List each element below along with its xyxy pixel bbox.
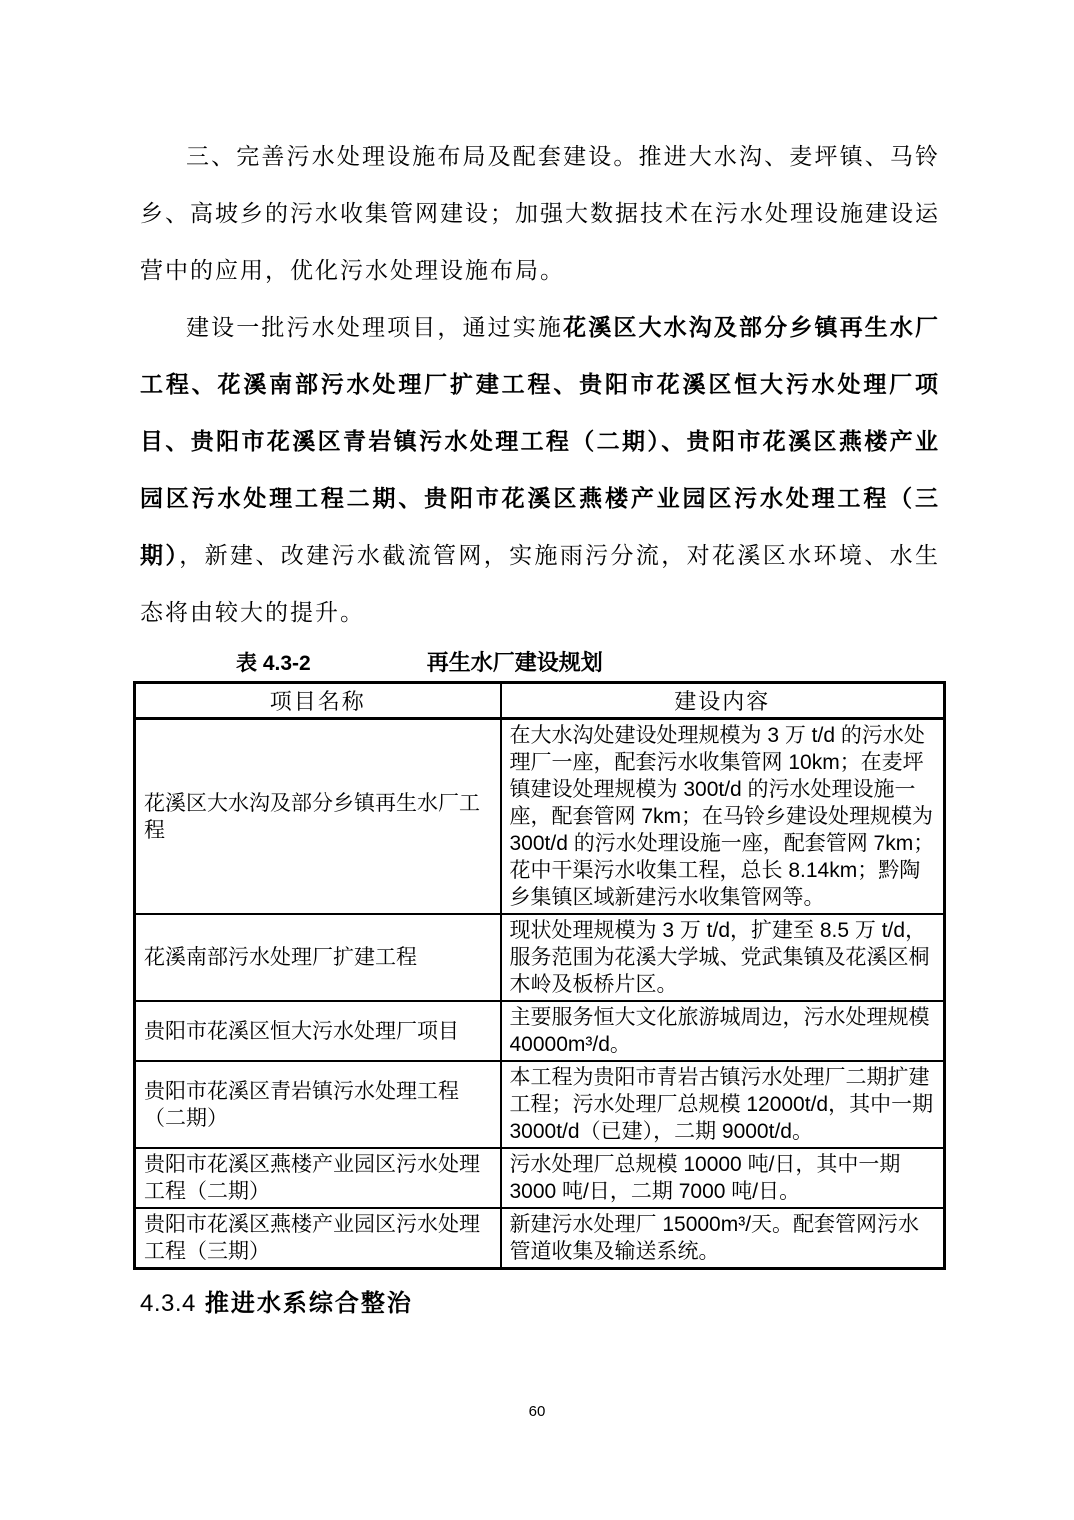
project-name-cell: 花溪区大水沟及部分乡镇再生水厂工程	[135, 719, 501, 915]
project-name-cell: 贵阳市花溪区燕楼产业园区污水处理工程（三期）	[135, 1208, 501, 1269]
table-caption-label: 表 4.3-2	[236, 652, 311, 675]
table-row-qingyan-phase2: 贵阳市花溪区青岩镇污水处理工程（二期） 本工程为贵阳市青岩古镇污水处理厂二期扩建…	[135, 1061, 945, 1148]
paragraph-2-lead: 建设一批污水处理项目，通过实施	[186, 315, 563, 340]
project-name-cell: 贵阳市花溪区燕楼产业园区污水处理工程（二期）	[135, 1148, 501, 1208]
table-row-yanlou-phase3: 贵阳市花溪区燕楼产业园区污水处理工程（三期） 新建污水处理厂 15000m³/天…	[135, 1208, 945, 1269]
project-name-cell: 贵阳市花溪区青岩镇污水处理工程（二期）	[135, 1061, 501, 1148]
paragraph-2-project-names: 花溪区大水沟及部分乡镇再生水厂工程、花溪南部污水处理厂扩建工程、贵阳市花溪区恒大…	[140, 314, 940, 568]
table-row-hengda: 贵阳市花溪区恒大污水处理厂项目 主要服务恒大文化旅游城周边，污水处理规模 400…	[135, 1001, 945, 1061]
column-header-construction-content: 建设内容	[501, 683, 945, 719]
construction-content-cell: 现状处理规模为 3 万 t/d，扩建至 8.5 万 t/d，服务范围为花溪大学城…	[501, 914, 945, 1001]
table-row-dashuigou: 花溪区大水沟及部分乡镇再生水厂工程 在大水沟处建设处理规模为 3 万 t/d 的…	[135, 719, 945, 915]
table-caption: 表 4.3-2再生水厂建设规划	[236, 647, 940, 679]
table-row-yanlou-phase2: 贵阳市花溪区燕楼产业园区污水处理工程（二期） 污水处理厂总规模 10000 吨/…	[135, 1148, 945, 1208]
construction-content-cell: 污水处理厂总规模 10000 吨/日，其中一期 3000 吨/日，二期 7000…	[501, 1148, 945, 1208]
construction-content-cell: 本工程为贵阳市青岩古镇污水处理厂二期扩建工程；污水处理厂总规模 12000t/d…	[501, 1061, 945, 1148]
table-row-huaxi-south: 花溪南部污水处理厂扩建工程 现状处理规模为 3 万 t/d，扩建至 8.5 万 …	[135, 914, 945, 1001]
project-name-cell: 贵阳市花溪区恒大污水处理厂项目	[135, 1001, 501, 1061]
table-caption-title: 再生水厂建设规划	[427, 650, 603, 675]
section-heading: 4.3.4推进水系综合整治	[140, 1283, 940, 1318]
paragraph-2-tail: ，新建、改建污水截流管网，实施雨污分流，对花溪区水环境、水生态将由较大的提升。	[140, 543, 940, 625]
construction-content-cell: 新建污水处理厂 15000m³/天。配套管网污水管道收集及输送系统。	[501, 1208, 945, 1269]
paragraph-2: 建设一批污水处理项目，通过实施花溪区大水沟及部分乡镇再生水厂工程、花溪南部污水处…	[140, 299, 940, 641]
reclaimed-water-plant-plan-table: 项目名称 建设内容 花溪区大水沟及部分乡镇再生水厂工程 在大水沟处建设处理规模为…	[133, 681, 946, 1270]
table-header-row: 项目名称 建设内容	[135, 683, 945, 719]
construction-content-cell: 主要服务恒大文化旅游城周边，污水处理规模 40000m³/d。	[501, 1001, 945, 1061]
page-number: 60	[0, 1403, 1074, 1420]
project-name-cell: 花溪南部污水处理厂扩建工程	[135, 914, 501, 1001]
paragraph-1: 三、完善污水处理设施布局及配套建设。推进大水沟、麦坪镇、马铃乡、高坡乡的污水收集…	[140, 128, 940, 299]
section-heading-text: 推进水系综合整治	[205, 1290, 413, 1317]
construction-content-cell: 在大水沟处建设处理规模为 3 万 t/d 的污水处理厂一座，配套污水收集管网 1…	[501, 719, 945, 915]
section-heading-number: 4.3.4	[140, 1290, 196, 1317]
document-page: 三、完善污水处理设施布局及配套建设。推进大水沟、麦坪镇、马铃乡、高坡乡的污水收集…	[0, 0, 1074, 1520]
column-header-project-name: 项目名称	[135, 683, 501, 719]
